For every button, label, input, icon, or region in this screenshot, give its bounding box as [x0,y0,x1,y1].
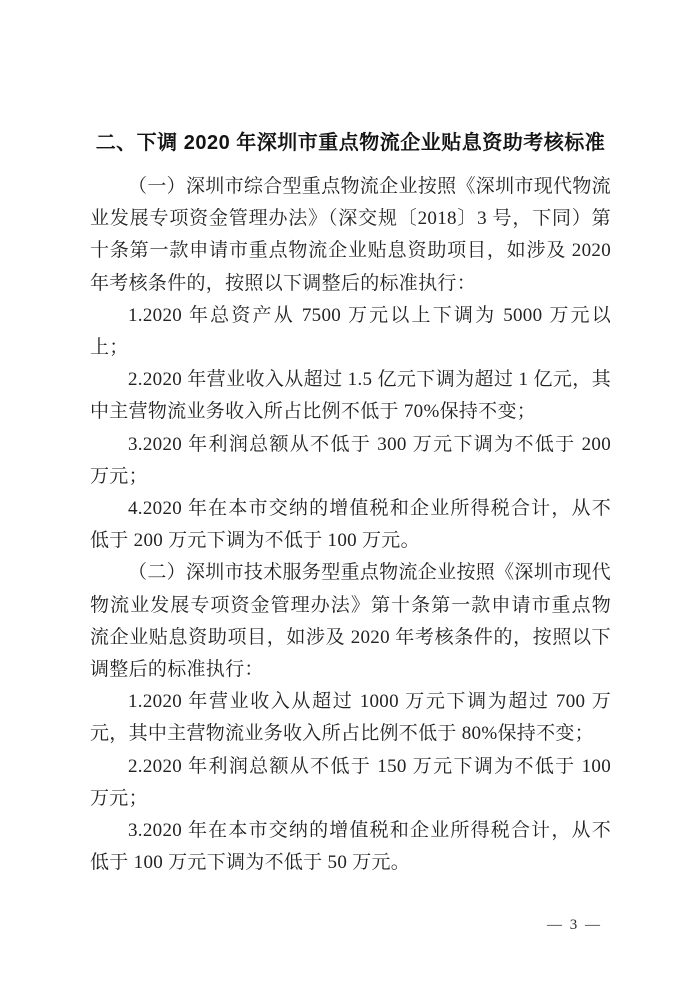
paragraph-section-1-item-4: 4.2020 年在本市交纳的增值税和企业所得税合计，从不低于 200 万元下调为… [90,493,611,557]
paragraph-section-2-item-2: 2.2020 年利润总额从不低于 150 万元下调为不低于 100 万元； [90,751,611,815]
document-page: 二、下调 2020 年深圳市重点物流企业贴息资助考核标准 （一）深圳市综合型重点… [0,0,700,990]
paragraph-section-1-item-3: 3.2020 年利润总额从不低于 300 万元下调为不低于 200 万元； [90,429,611,493]
paragraph-section-2-item-3: 3.2020 年在本市交纳的增值税和企业所得税合计，从不低于 100 万元下调为… [90,815,611,879]
paragraph-section-2-item-1: 1.2020 年营业收入从超过 1000 万元下调为超过 700 万元，其中主营… [90,686,611,750]
paragraph-section-2-intro: （二）深圳市技术服务型重点物流企业按照《深圳市现代物流业发展专项资金管理办法》第… [90,557,611,686]
page-number: — 3 — [547,915,602,935]
paragraph-section-1-item-1: 1.2020 年总资产从 7500 万元以上下调为 5000 万元以上； [90,300,611,364]
paragraph-section-1-item-2: 2.2020 年营业收入从超过 1.5 亿元下调为超过 1 亿元，其中主营物流业… [90,364,611,428]
document-content: 二、下调 2020 年深圳市重点物流企业贴息资助考核标准 （一）深圳市综合型重点… [90,126,611,879]
document-heading: 二、下调 2020 年深圳市重点物流企业贴息资助考核标准 [90,126,611,160]
document-body: （一）深圳市综合型重点物流企业按照《深圳市现代物流业发展专项资金管理办法》（深交… [90,171,611,879]
paragraph-section-1-intro: （一）深圳市综合型重点物流企业按照《深圳市现代物流业发展专项资金管理办法》（深交… [90,171,611,300]
